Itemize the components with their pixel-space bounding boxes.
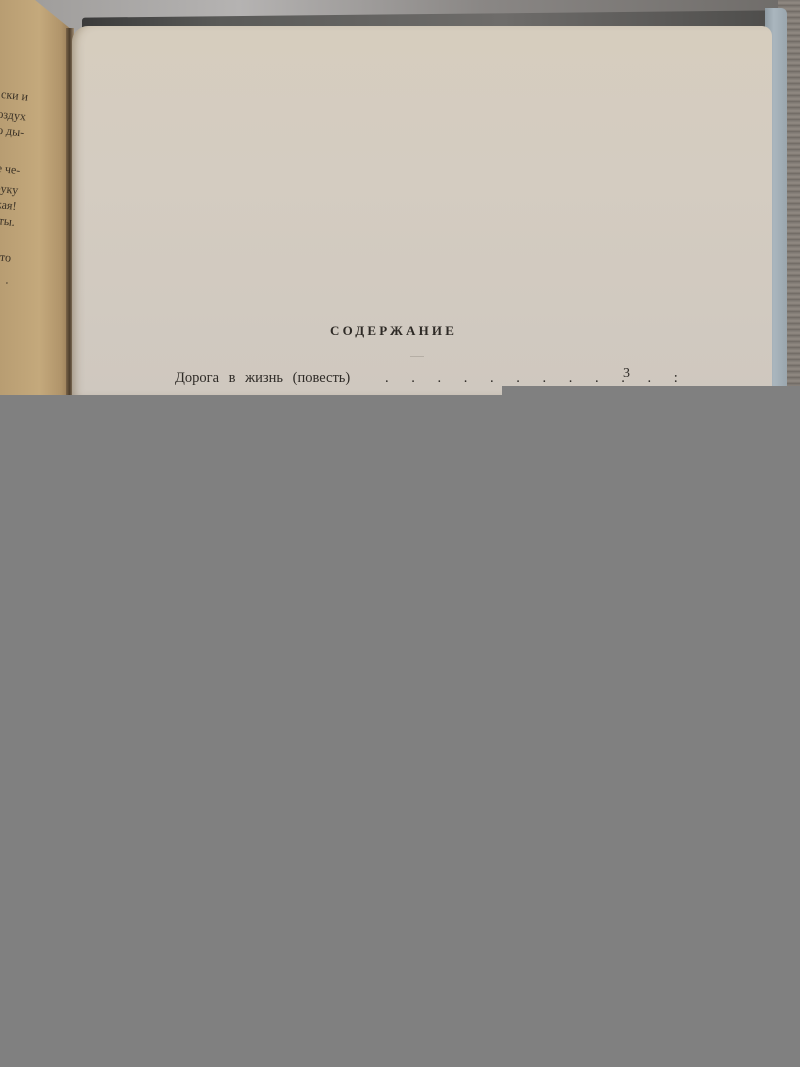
left-page-line: . [5, 272, 10, 287]
left-page-line: бкая! [0, 196, 17, 214]
left-page-line: о ды- [0, 123, 25, 141]
left-page-line: ? Это [0, 248, 12, 266]
left-page-line: оздух [0, 107, 27, 125]
toc-divider [410, 356, 424, 357]
toc-heading: СОДЕРЖАНИЕ [330, 323, 457, 339]
toc-entry-title: Дорога в жизнь (повесть) [175, 370, 350, 387]
toc-entry-page-number: 3 [623, 366, 630, 382]
left-page: ски и оздух о ды- ке че- руку бкая! раты… [0, 0, 72, 395]
left-page-line: руку [0, 181, 19, 198]
toc-entry-leader: . . . . . . . . . . . : [385, 370, 687, 387]
left-page-line: раты. [0, 212, 16, 230]
left-page-text-fragments: ски и оздух о ды- ке че- руку бкая! раты… [0, 0, 38, 395]
gray-mask-area [0, 395, 800, 1067]
right-page: СОДЕРЖАНИЕ Дорога в жизнь (повесть) . . … [72, 26, 772, 395]
left-page-line: ке че- [0, 160, 21, 178]
left-page-line: ски и [0, 87, 28, 105]
book-photo: ски и оздух о ды- ке че- руку бкая! раты… [0, 0, 800, 395]
